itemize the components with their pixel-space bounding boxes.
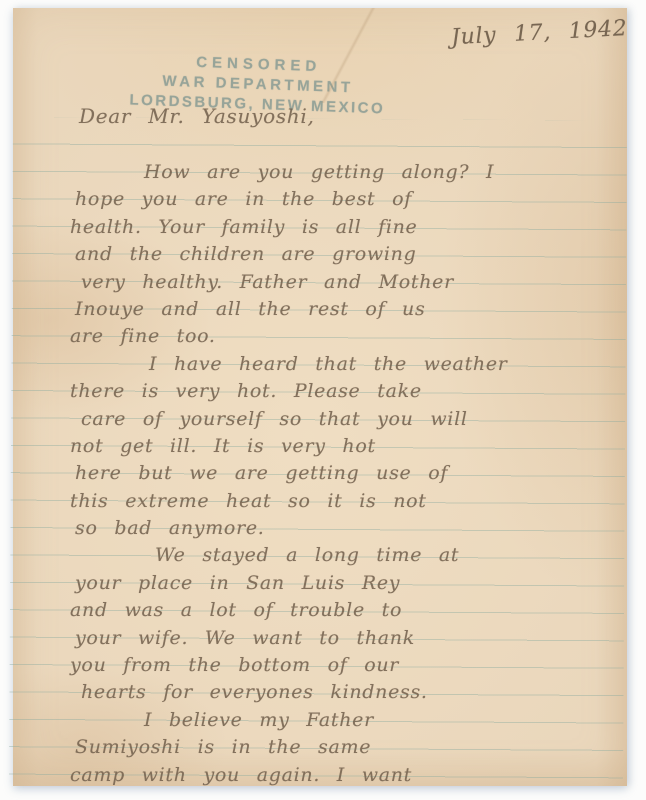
- letter-line: so bad anymore.: [70, 515, 611, 542]
- letter-body: How are you getting along? I hope you ar…: [70, 159, 611, 789]
- letter-line: your place in San Luis Rey: [70, 570, 611, 597]
- letter-line: How are you getting along? I: [70, 159, 611, 186]
- letter-line: Sumiyoshi is in the same: [70, 734, 611, 761]
- letter-line: and was a lot of trouble to: [70, 597, 611, 624]
- letter-line: you from the bottom of our: [70, 652, 611, 679]
- letter-line: your wife. We want to thank: [70, 625, 611, 652]
- letter-line: there is very hot. Please take: [70, 378, 611, 405]
- letter-paper: July 17, 1942 CENSORED WAR DEPARTMENT LO…: [13, 8, 627, 786]
- letter-line: care of yourself so that you will: [70, 406, 611, 433]
- letter-line: not get ill. It is very hot: [70, 433, 611, 460]
- letter-line: Inouye and all the rest of us: [70, 296, 611, 323]
- letter-line: and the children are growing: [70, 241, 611, 268]
- letter-line: hearts for everyones kindness.: [70, 679, 611, 706]
- letter-line: very healthy. Father and Mother: [70, 269, 611, 296]
- letter-line: camp with you again. I want: [70, 762, 611, 789]
- letter-line: health. Your family is all fine: [70, 214, 611, 241]
- letter-line: are fine too.: [70, 323, 611, 350]
- letter-salutation: Dear Mr. Yasuyoshi,: [79, 104, 315, 128]
- letter-date: July 17, 1942: [450, 15, 646, 50]
- letter-line: We stayed a long time at: [70, 542, 611, 569]
- letter-line: here but we are getting use of: [70, 460, 611, 487]
- censor-stamp-line-censored: CENSORED: [113, 50, 404, 80]
- censor-stamp-line-department: WAR DEPARTMENT: [113, 70, 404, 100]
- letter-line: I believe my Father: [70, 707, 611, 734]
- letter-line: this extreme heat so it is not: [70, 488, 611, 515]
- letter-line: I have heard that the weather: [70, 351, 611, 378]
- letter-line: hope you are in the best of: [70, 186, 611, 213]
